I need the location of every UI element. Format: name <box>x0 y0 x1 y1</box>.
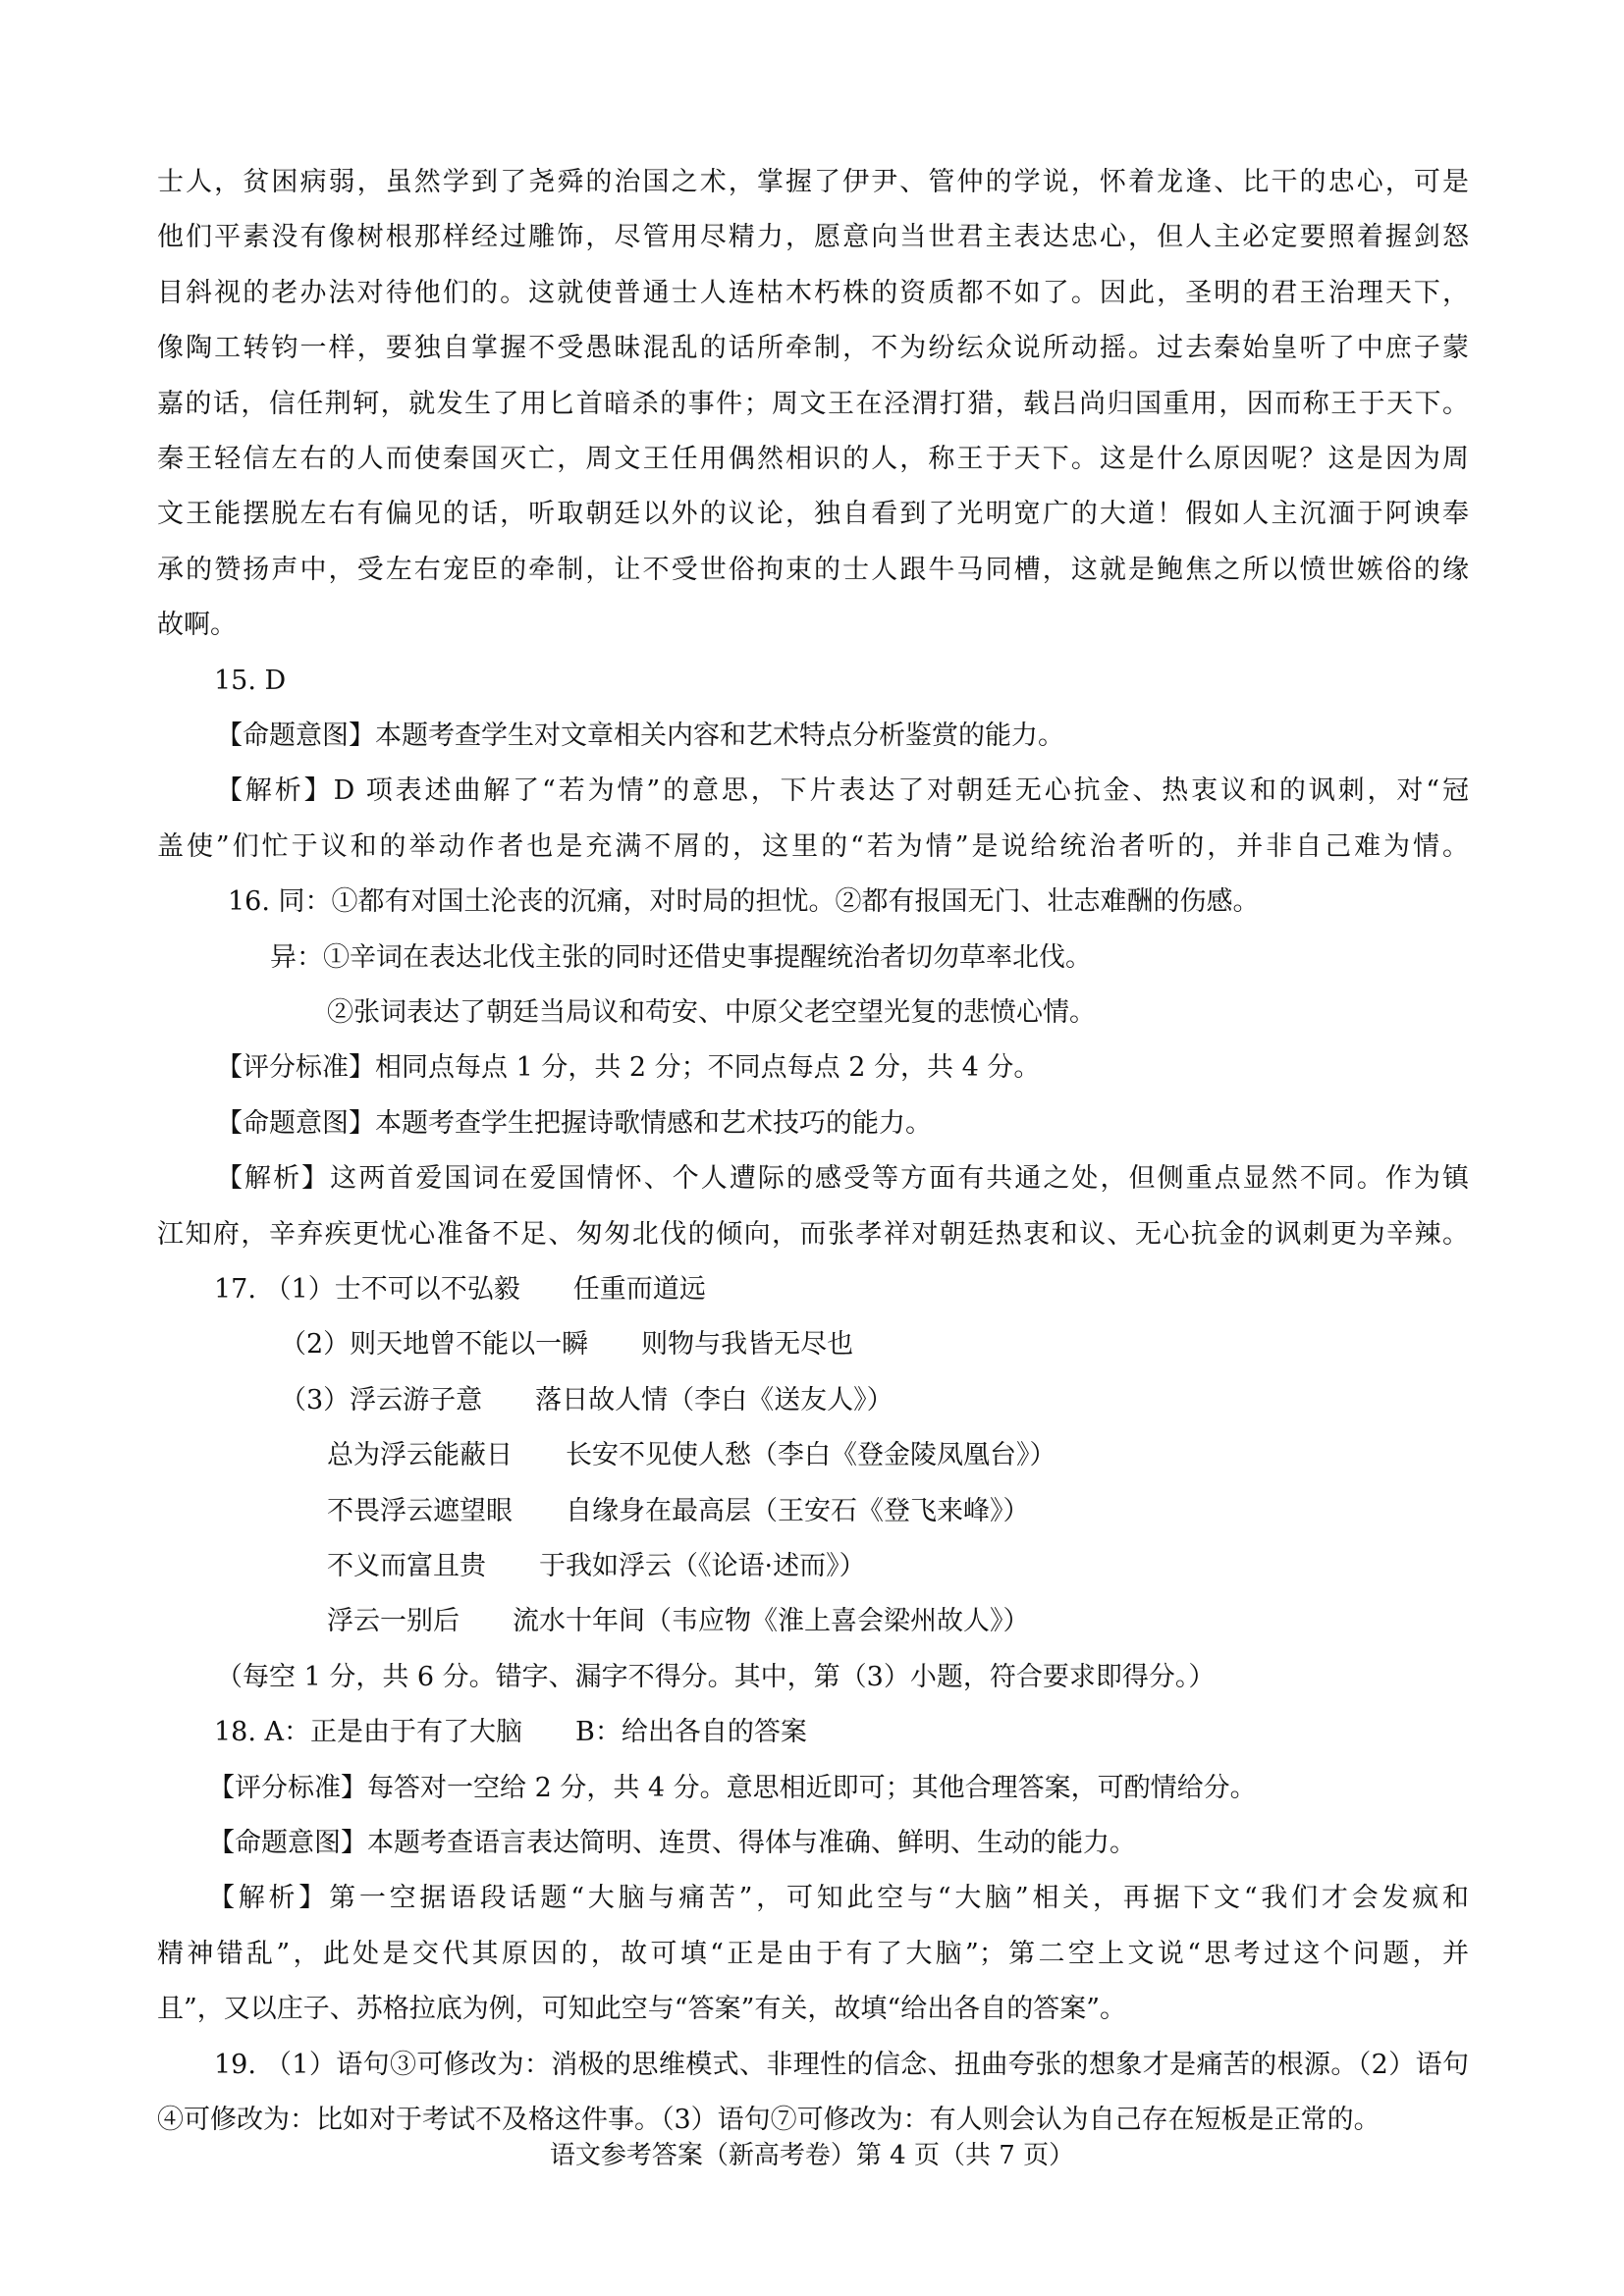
text-line: 秦王轻信左右的人而使秦国灭亡，周文王任用偶然相识的人，称王于天下。这是什么原因呢… <box>157 442 1469 477</box>
text-line: （每空 1 分，共 6 分。错字、漏字不得分。其中，第（3）小题，符合要求即得分… <box>216 1660 1215 1695</box>
text-line: 文王能摆脱左右有偏见的话，听取朝廷以外的议论，独自看到了光明宽广的大道！假如人主… <box>157 497 1469 532</box>
page-footer: 语文参考答案（新高考卷）第 4 页（共 7 页） <box>0 2138 1624 2173</box>
text-line: 不义而富且贵 于我如浮云（《论语·述而》） <box>327 1549 866 1584</box>
text-line: 且”，又以庄子、苏格拉底为例，可知此空与“答案”有关，故填“给出各自的答案”。 <box>157 1992 1126 2027</box>
text-line: 19. （1）语句③可修改为：消极的思维模式、非理性的信念、扭曲夸张的想象才是痛… <box>214 2048 1469 2083</box>
text-line: 承的赞扬声中，受左右宠臣的牵制，让不受世俗拘束的士人跟牛马同槽，这就是鲍焦之所以… <box>157 553 1469 588</box>
text-line: 【命题意图】本题考查学生把握诗歌情感和艺术技巧的能力。 <box>216 1106 932 1142</box>
text-line: 故啊。 <box>157 608 237 643</box>
text-line: 像陶工转钧一样，要独自掌握不受愚昧混乱的话所牵制，不为纷纭众说所动摇。过去秦始皇… <box>157 331 1469 366</box>
text-line: 异：①辛词在表达北伐主张的同时还借史事提醒统治者切勿草率北伐。 <box>270 940 1092 976</box>
text-line: 【评分标准】相同点每点 1 分，共 2 分；不同点每点 2 分，共 4 分。 <box>216 1050 1040 1086</box>
text-line: 嘉的话，信任荆轲，就发生了用匕首暗杀的事件；周文王在泾渭打猎，载吕尚归国重用，因… <box>157 387 1469 422</box>
text-line: 16. 同：①都有对国土沦丧的沉痛，对时局的担忧。②都有报国无门、壮志难酬的伤感… <box>228 884 1260 920</box>
text-line: 不畏浮云遮望眼 自缘身在最高层（王安石《登飞来峰》） <box>327 1494 1030 1529</box>
text-line: 【评分标准】每答对一空给 2 分，共 4 分。意思相近即可；其他合理答案，可酌情… <box>208 1771 1257 1806</box>
text-line: ④可修改为：比如对于考试不及格这件事。（3）语句⑦可修改为：有人则会认为自己存在… <box>157 2103 1380 2138</box>
text-line: 目斜视的老办法对待他们的。这就使普通士人连枯木朽株的资质都不如了。因此，圣明的君… <box>157 276 1469 311</box>
text-line: 18. A：正是由于有了大脑 B：给出各自的答案 <box>214 1715 807 1750</box>
text-line: （3）浮云游子意 落日故人情（李白《送友人》） <box>280 1383 893 1418</box>
text-line: 江知府，辛弃疾更忧心准备不足、匆匆北伐的倾向，而张孝祥对朝廷热衷和议、无心抗金的… <box>157 1217 1469 1253</box>
text-line: 盖使”们忙于议和的举动作者也是充满不屑的，这里的“若为情”是说给统治者听的，并非… <box>157 829 1469 865</box>
text-line: 总为浮云能蔽日 长安不见使人愁（李白《登金陵凤凰台》） <box>327 1438 1056 1473</box>
text-line: （2）则天地曾不能以一瞬 则物与我皆无尽也 <box>280 1327 853 1362</box>
text-line: 士人，贫困病弱，虽然学到了尧舜的治国之术，掌握了伊尹、管仲的学说，怀着龙逢、比干… <box>157 165 1469 200</box>
text-line: 17. （1）士不可以不弘毅 任重而道远 <box>214 1272 706 1308</box>
text-line: 15. D <box>214 664 286 699</box>
text-line: 【命题意图】本题考查语言表达简明、连贯、得体与准确、鲜明、生动的能力。 <box>208 1826 1136 1861</box>
text-line: 【解析】D 项表述曲解了“若为情”的意思，下片表达了对朝廷无心抗金、热衷议和的讽… <box>216 774 1469 809</box>
text-line: 他们平素没有像树根那样经过雕饰，尽管用尽精力，愿意向当世君主表达忠心，但人主必定… <box>157 220 1469 255</box>
text-line: 【解析】第一空据语段话题“大脑与痛苦”，可知此空与“大脑”相关，再据下文“我们才… <box>208 1881 1469 1916</box>
document-page: 士人，贫困病弱，虽然学到了尧舜的治国之术，掌握了伊尹、管仲的学说，怀着龙逢、比干… <box>0 0 1624 2296</box>
text-line: 精神错乱”，此处是交代其原因的，故可填“正是由于有了大脑”；第二空上文说“思考过… <box>157 1937 1469 1972</box>
text-line: 浮云一别后 流水十年间（韦应物《淮上喜会梁州故人》） <box>327 1604 1030 1639</box>
text-line: ②张词表达了朝廷当局议和苟安、中原父老空望光复的悲愤心情。 <box>327 995 1096 1031</box>
text-line: 【命题意图】本题考查学生对文章相关内容和艺术特点分析鉴赏的能力。 <box>216 719 1064 754</box>
text-line: 【解析】这两首爱国词在爱国情怀、个人遭际的感受等方面有共通之处，但侧重点显然不同… <box>216 1161 1469 1197</box>
